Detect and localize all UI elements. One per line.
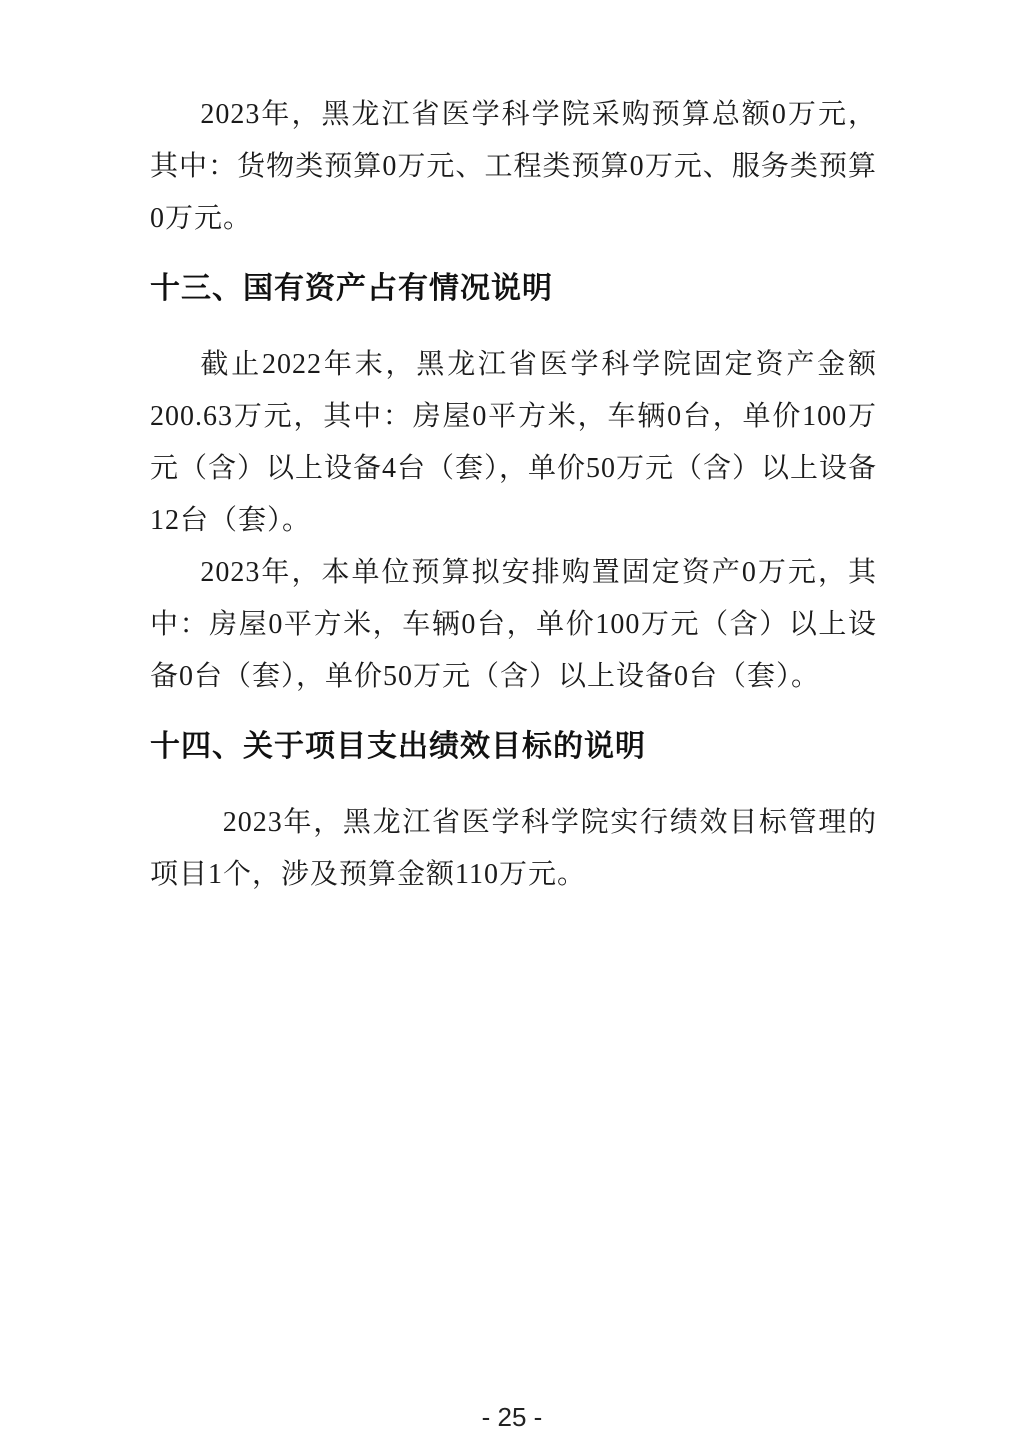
heading-performance-targets-section-14: 十四、关于项目支出绩效目标的说明 — [150, 727, 877, 767]
page-number: - 25 - — [0, 1402, 1024, 1432]
document-content: 2023年，黑龙江省医学科学院采购预算总额0万元，其中：货物类预算0万元、工程类… — [150, 89, 877, 901]
document-page: 2023年，黑龙江省医学科学院采购预算总额0万元，其中：货物类预算0万元、工程类… — [0, 0, 1024, 1448]
paragraph-performance-targets: 2023年，黑龙江省医学科学院实行绩效目标管理的项目1个，涉及预算金额110万元… — [150, 797, 877, 901]
paragraph-fixed-assets-2023: 2023年，本单位预算拟安排购置固定资产0万元，其中：房屋0平方米，车辆0台，单… — [150, 547, 877, 703]
heading-state-assets-section-13: 十三、国有资产占有情况说明 — [150, 269, 877, 309]
paragraph-procurement-budget: 2023年，黑龙江省医学科学院采购预算总额0万元，其中：货物类预算0万元、工程类… — [150, 89, 877, 245]
paragraph-fixed-assets-2022: 截止2022年末，黑龙江省医学科学院固定资产金额200.63万元，其中：房屋0平… — [150, 339, 877, 547]
